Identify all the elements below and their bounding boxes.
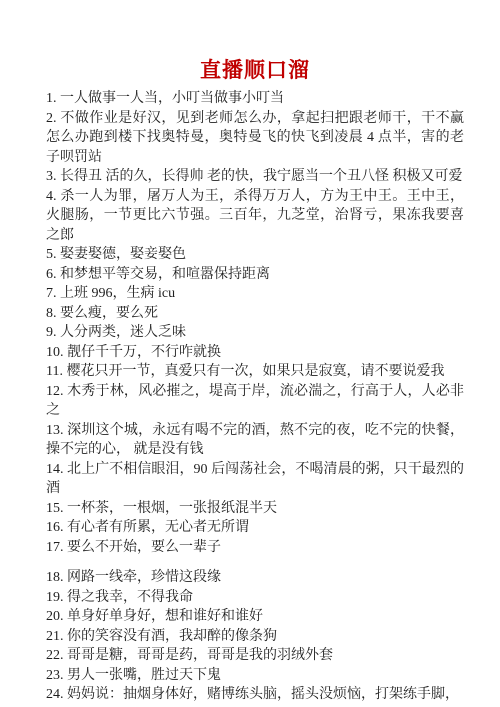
list-item-11: 11. 樱花只开一节，真爱只有一次，如果只是寂寞，请不要说爱我 (46, 362, 464, 382)
list-item-19: 19. 得之我幸，不得我命 (46, 588, 464, 608)
list-item-17: 17. 要么不开始，要么一辈子 (46, 538, 464, 558)
list-item-20: 20. 单身好单身好，想和谁好和谁好 (46, 607, 464, 627)
list-item-8: 8. 要么瘦，要么死 (46, 304, 464, 324)
list-item-16: 16. 有心者有所累，无心者无所谓 (46, 518, 464, 538)
list-item-18: 18. 网路一线牵，珍惜这段缘 (46, 568, 464, 588)
list-item-21: 21. 你的笑容没有酒，我却醉的像条狗 (46, 627, 464, 647)
list-item-9: 9. 人分两类，迷人乏味 (46, 323, 464, 343)
list-item-3: 3. 长得丑 活的久，长得帅 老的快，我宁愿当一个丑八怪 积极又可爱 (46, 167, 464, 187)
list-item-1: 1. 一人做事一人当，小叮当做事小叮当 (46, 89, 464, 109)
list-item-13: 13. 深圳这个城，永远有喝不完的酒，熬不完的夜，吃不完的快餐，操不完的心， 就… (46, 421, 464, 460)
list-item-7: 7. 上班 996，生病 icu (46, 284, 464, 304)
list-item-10: 10. 靓仔千千万，不行咋就换 (46, 343, 464, 363)
list-item-5: 5. 娶妻娶德，娶妾娶色 (46, 245, 464, 265)
list-item-12: 12. 木秀于林，风必摧之，堤高于岸，流必湍之，行高于人，人必非之 (46, 382, 464, 421)
list-item-15: 15. 一杯茶，一根烟，一张报纸混半天 (46, 499, 464, 519)
list-item-22: 22. 哥哥是糖，哥哥是药，哥哥是我的羽绒外套 (46, 646, 464, 666)
list-item-4: 4. 杀一人为罪，屠万人为王，杀得万万人，方为王中王。王中王，火腿肠，一节更比六… (46, 187, 464, 246)
list-item-24: 24. 妈妈说：抽烟身体好，赌博练头脑，摇头没烦恼，打架练手脚， (46, 685, 464, 705)
document-page: 直播顺口溜 1. 一人做事一人当，小叮当做事小叮当 2. 不做作业是好汉，见到老… (0, 0, 500, 707)
list-item-14: 14. 北上广不相信眼泪，90 后闯荡社会，不喝清晨的粥，只干最烈的酒 (46, 460, 464, 499)
list-item-6: 6. 和梦想平等交易，和喧嚣保持距离 (46, 265, 464, 285)
rhyme-list: 1. 一人做事一人当，小叮当做事小叮当 2. 不做作业是好汉，见到老师怎么办，拿… (46, 89, 464, 705)
list-item-23: 23. 男人一张嘴，胜过天下鬼 (46, 666, 464, 686)
page-title: 直播顺口溜 (46, 56, 464, 84)
list-item-2: 2. 不做作业是好汉，见到老师怎么办，拿起扫把跟老师干，干不赢怎么办跑到楼下找奥… (46, 109, 464, 168)
